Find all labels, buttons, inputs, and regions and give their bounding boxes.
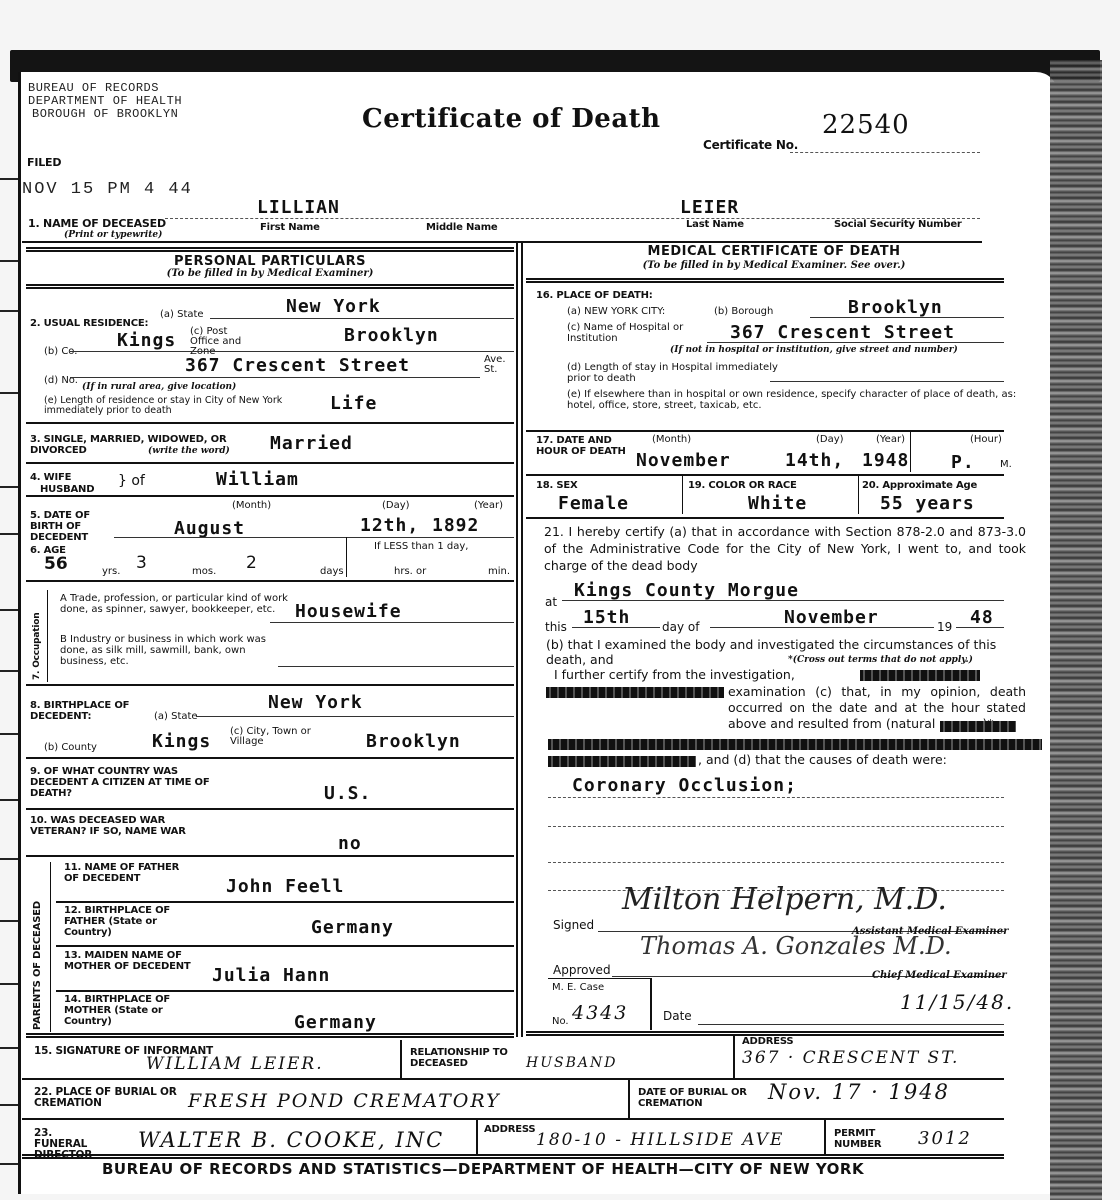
margin-tick	[0, 310, 18, 312]
date-line	[698, 1024, 1004, 1025]
burial-date-value: Nov. 17 · 1948	[768, 1080, 950, 1104]
mother-birth-value: Germany	[294, 1012, 377, 1033]
mother-birth-label: 14. BIRTHPLACE OF MOTHER (State or Count…	[64, 994, 194, 1027]
personal-header-rule-top	[26, 247, 514, 252]
father-birth-value: Germany	[311, 917, 394, 938]
at-line	[562, 600, 1004, 601]
death-year-value: 1948	[862, 450, 909, 471]
citizen-value: U.S.	[324, 783, 371, 804]
margin-tick	[0, 1047, 18, 1049]
director-address-label: ADDRESS	[484, 1124, 535, 1135]
me-case-no-label: No.	[552, 1016, 569, 1027]
permit-divider	[824, 1118, 826, 1156]
permit-label: PERMIT NUMBER	[834, 1128, 894, 1150]
certificate-number: 22540	[822, 110, 910, 140]
this-month-value: November	[784, 607, 879, 628]
occupation-a-value: Housewife	[295, 601, 402, 622]
middle-name-label: Middle Name	[426, 222, 498, 233]
race-value: White	[748, 493, 807, 514]
stay-line	[770, 381, 1004, 382]
mother-divider	[56, 990, 514, 992]
informant-address-value: 367 · CRESCENT ST.	[742, 1048, 959, 1068]
veteran-value: no	[338, 833, 362, 854]
sex-value: Female	[558, 493, 629, 514]
informant-address-label: ADDRESS	[742, 1036, 793, 1047]
death-month-label: (Month)	[652, 434, 691, 445]
place-of-death-label: 16. PLACE OF DEATH:	[536, 290, 653, 301]
ssn-label: Social Security Number	[834, 219, 962, 230]
medical-heading: MEDICAL CERTIFICATE OF DEATH	[524, 244, 1024, 259]
margin-tick	[0, 533, 18, 535]
approx-age-value: 55 years	[880, 493, 975, 514]
occupation-side-label: 7. Occupation	[32, 613, 43, 680]
margin-tick	[0, 1163, 18, 1165]
birthplace-divider	[26, 757, 514, 759]
death-day-label: (Day)	[816, 434, 844, 445]
further-text-1: I further certify from the investigation…	[554, 667, 795, 683]
dob-day-value: 12th,	[360, 515, 419, 536]
margin-tick	[0, 609, 18, 611]
cause-of-death-value: Coronary Occlusion;	[572, 775, 797, 796]
informant-divider	[400, 1040, 402, 1078]
burial-divider	[628, 1078, 630, 1118]
death-m-label: M.	[1000, 459, 1012, 470]
center-divider	[516, 241, 518, 1037]
birth-state-label: (a) State	[154, 711, 198, 722]
examiner-signature: Milton Helpern, M.D.	[622, 882, 947, 917]
year-prefix: 19	[937, 619, 952, 635]
death-day-value: 14th,	[785, 450, 844, 471]
birth-county-value: Kings	[152, 731, 211, 752]
name-sublabel: (Print or typewrite)	[64, 230, 162, 240]
cause-line-2	[548, 826, 1004, 827]
borough-value: Brooklyn	[848, 297, 943, 318]
dob-line	[114, 537, 514, 538]
street-line	[70, 377, 480, 378]
bureau-stamp: BUREAU OF RECORDS DEPARTMENT OF HEALTH B…	[28, 82, 182, 121]
stay-label: (d) Length of stay in Hospital immediate…	[567, 362, 797, 384]
father-label: 11. NAME OF FATHER OF DECEDENT	[64, 862, 184, 884]
name-divider	[22, 241, 982, 243]
citizen-divider	[26, 808, 514, 810]
birthplace-label: 8. BIRTHPLACE OF DECEDENT:	[30, 700, 150, 722]
marital-note: (write the word)	[148, 446, 230, 456]
me-case-label: M. E. Case	[552, 982, 604, 993]
birth-state-line	[196, 716, 514, 717]
medical-subheading: (To be filled in by Medical Examiner. Se…	[524, 260, 1024, 271]
age-months-value: 3	[136, 553, 147, 573]
margin-tick	[0, 392, 18, 394]
personal-bottom-rule	[26, 1033, 514, 1038]
margin-tick	[0, 260, 18, 262]
age-divider	[26, 580, 514, 582]
race-divider	[858, 474, 859, 514]
death-date-divider	[526, 474, 1004, 476]
redacted-text	[860, 670, 980, 681]
funeral-director-value: WALTER B. COOKE, INC	[138, 1128, 444, 1152]
occupation-a-label: A Trade, profession, or particular kind …	[60, 593, 290, 615]
spouse-divider	[26, 495, 514, 497]
margin-tick	[0, 858, 18, 860]
residence-divider	[26, 422, 514, 424]
father-birth-divider	[56, 945, 514, 947]
race-label: 19. COLOR OR RACE	[688, 480, 797, 491]
hour-divider	[910, 432, 911, 472]
redacted-text	[940, 721, 1016, 732]
mos-label: mos.	[192, 566, 216, 577]
death-year-label: (Year)	[876, 434, 905, 445]
footer-rule	[22, 1154, 1004, 1159]
chief-examiner-label: Chief Medical Examiner	[872, 970, 1007, 981]
wife-label: 4. WIFE	[30, 472, 71, 483]
mother-value: Julia Hann	[212, 965, 330, 986]
nyc-label: (a) NEW YORK CITY:	[567, 306, 665, 317]
permit-value: 3012	[918, 1128, 972, 1149]
filed-stamp: NOV 15 PM 4 44	[22, 183, 193, 196]
age-divider-vertical	[346, 537, 347, 577]
left-border	[18, 72, 21, 1194]
approved-label: Approved	[553, 962, 611, 978]
personal-header-rule-bottom	[26, 284, 514, 289]
this-month-line	[710, 627, 934, 628]
relationship-value: HUSBAND	[526, 1055, 617, 1071]
min-label: min.	[488, 566, 510, 577]
burial-row-divider	[22, 1118, 1004, 1120]
signed-label: Signed	[553, 917, 594, 933]
informant-signature-value: WILLIAM LEIER.	[146, 1054, 324, 1074]
personal-subheading: (To be filled in by Medical Examiner)	[26, 268, 514, 279]
burial-place-label: 22. PLACE OF BURIAL OR CREMATION	[34, 1087, 194, 1109]
margin-tick	[0, 920, 18, 922]
burial-place-value: FRESH POND CREMATORY	[188, 1090, 501, 1112]
footer-text: BUREAU OF RECORDS AND STATISTICS—DEPARTM…	[102, 1160, 864, 1178]
redacted-text	[546, 687, 724, 698]
director-divider	[476, 1118, 478, 1156]
at-place-value: Kings County Morgue	[574, 580, 799, 601]
dob-day-label: (Day)	[382, 500, 410, 511]
hrs-label: hrs. or	[394, 566, 426, 577]
birth-state-value: New York	[268, 692, 363, 713]
margin-tick	[0, 670, 18, 672]
dob-month-value: August	[174, 518, 245, 539]
certificate-title: Certificate of Death	[362, 104, 661, 134]
less-day-label: If LESS than 1 day,	[374, 541, 468, 552]
husband-label: HUSBAND	[40, 484, 94, 495]
father-divider	[56, 901, 514, 903]
relationship-divider	[733, 1034, 735, 1078]
dob-label: 5. DATE OF BIRTH OF DECEDENT	[30, 510, 110, 543]
first-name-label: First Name	[260, 222, 320, 233]
cross-out-note: *(Cross out terms that do not apply.)	[788, 655, 973, 665]
death-date-label: 17. DATE AND HOUR OF DEATH	[536, 435, 636, 457]
borough-label: (b) Borough	[714, 306, 773, 317]
parents-side-rule	[50, 862, 51, 1032]
margin-tick	[0, 178, 18, 180]
residence-label: 2. USUAL RESIDENCE:	[30, 318, 148, 329]
post-office-label: (c) Post Office and Zone	[190, 327, 258, 357]
elsewhere-label: (e) If elsewhere than in hospital or own…	[567, 389, 1017, 411]
birth-city-value: Brooklyn	[366, 731, 461, 752]
state-value: New York	[286, 296, 381, 317]
occupation-a-line	[270, 622, 514, 623]
redacted-text	[548, 756, 696, 767]
ave-st-label: Ave. St.	[484, 355, 504, 375]
filed-label: FILED	[27, 157, 61, 168]
center-divider-2	[521, 241, 523, 1037]
occupation-side-rule	[47, 590, 48, 682]
this-year-value: 48	[970, 607, 994, 628]
occupation-b-label: B Industry or business in which work was…	[60, 634, 290, 667]
hospital-line	[707, 342, 1004, 343]
cause-line-3	[548, 862, 1004, 863]
at-label: at	[545, 594, 557, 610]
dob-month-label: (Month)	[232, 500, 271, 511]
post-office-value: Brooklyn	[344, 325, 439, 346]
this-day-line	[572, 627, 660, 628]
state-line	[210, 318, 514, 319]
first-name-value: LILLIAN	[257, 197, 340, 218]
margin-tick	[0, 983, 18, 985]
demographic-divider	[526, 517, 1004, 519]
death-month-value: November	[636, 450, 731, 471]
last-name-label: Last Name	[686, 219, 744, 230]
state-label: (a) State	[160, 309, 204, 320]
county-line	[70, 351, 514, 352]
death-hour-label: (Hour)	[970, 434, 1002, 445]
stamp-line: BOROUGH OF BROOKLYN	[28, 108, 182, 121]
date-label: Date	[663, 1008, 692, 1024]
hospital-note: (If not in hospital or institution, give…	[670, 345, 958, 355]
hospital-label: (c) Name of Hospital or Institution	[567, 322, 707, 344]
spouse-of: } of	[118, 476, 145, 487]
redacted-text	[548, 739, 1042, 750]
hospital-value: 367 Crescent Street	[730, 322, 955, 343]
length-value: Life	[330, 393, 377, 414]
dob-year-value: 1892	[432, 515, 479, 536]
margin-tick	[0, 486, 18, 488]
chief-signature: Thomas A. Gonzales M.D.	[640, 932, 952, 960]
director-address-value: 180-10 - HILLSIDE AVE	[536, 1130, 784, 1150]
father-birth-label: 12. BIRTHPLACE OF FATHER (State or Count…	[64, 905, 194, 938]
veteran-label: 10. WAS DECEASED WAR VETERAN? IF SO, NAM…	[30, 815, 200, 837]
last-name-value: LEIER	[680, 197, 739, 218]
medical-header-rule	[526, 278, 1004, 283]
further-text-3: , and (d) that the causes of death were:	[698, 752, 947, 768]
margin-tick	[0, 733, 18, 735]
birth-county-label: (b) County	[44, 742, 97, 753]
death-hour-value: P.	[951, 452, 975, 473]
rural-note: (If in rural area, give location)	[82, 382, 236, 392]
street-value: 367 Crescent Street	[185, 355, 410, 376]
mother-label: 13. MAIDEN NAME OF MOTHER OF DECEDENT	[64, 950, 194, 972]
birth-city-label: (c) City, Town or Village	[230, 727, 340, 747]
certify-text: 21. I hereby certify (a) that in accorda…	[544, 523, 1026, 574]
county-value: Kings	[117, 330, 176, 351]
relationship-label: RELATIONSHIP TO DECEASED	[410, 1047, 520, 1069]
name-label: 1. NAME OF DECEASED	[28, 218, 166, 229]
length-label: (e) Length of residence or stay in City …	[44, 396, 314, 416]
age-days-value: 2	[246, 553, 257, 573]
scan-right-edge	[1050, 60, 1102, 1200]
day-of-label: day of	[662, 619, 699, 635]
margin-tick	[0, 1104, 18, 1106]
personal-heading: PERSONAL PARTICULARS	[26, 254, 514, 269]
veteran-divider	[26, 855, 514, 857]
borough-line	[810, 317, 1004, 318]
occupation-b-line	[278, 666, 514, 667]
this-label: this	[545, 619, 567, 635]
age-years-value: 56	[44, 554, 68, 574]
marital-divider	[26, 462, 514, 464]
occupation-divider	[26, 684, 514, 686]
sex-divider	[682, 474, 683, 514]
days-label: days	[320, 566, 344, 577]
spouse-value: William	[216, 469, 299, 490]
marital-value: Married	[270, 433, 353, 454]
date-value: 11/15/48.	[900, 990, 1014, 1014]
place-divider	[526, 430, 1004, 432]
burial-date-label: DATE OF BURIAL OR CREMATION	[638, 1087, 768, 1109]
citizen-label: 9. OF WHAT COUNTRY WAS DECEDENT A CITIZE…	[30, 766, 230, 799]
parents-side-label: PARENTS OF DECEASED	[32, 901, 43, 1030]
certificate-number-label: Certificate No.	[703, 140, 798, 151]
this-year-line	[956, 627, 1004, 628]
yrs-label: yrs.	[102, 566, 120, 577]
me-case-no-value: 4343	[572, 1002, 628, 1024]
this-day-value: 15th	[583, 607, 630, 628]
margin-tick	[0, 799, 18, 801]
dob-year-label: (Year)	[474, 500, 503, 511]
cause-line-1	[548, 797, 1004, 798]
approx-age-label: 20. Approximate Age	[862, 480, 977, 491]
father-value: John Feell	[226, 876, 344, 897]
certificate-number-line	[790, 152, 980, 153]
sex-label: 18. SEX	[536, 480, 578, 491]
